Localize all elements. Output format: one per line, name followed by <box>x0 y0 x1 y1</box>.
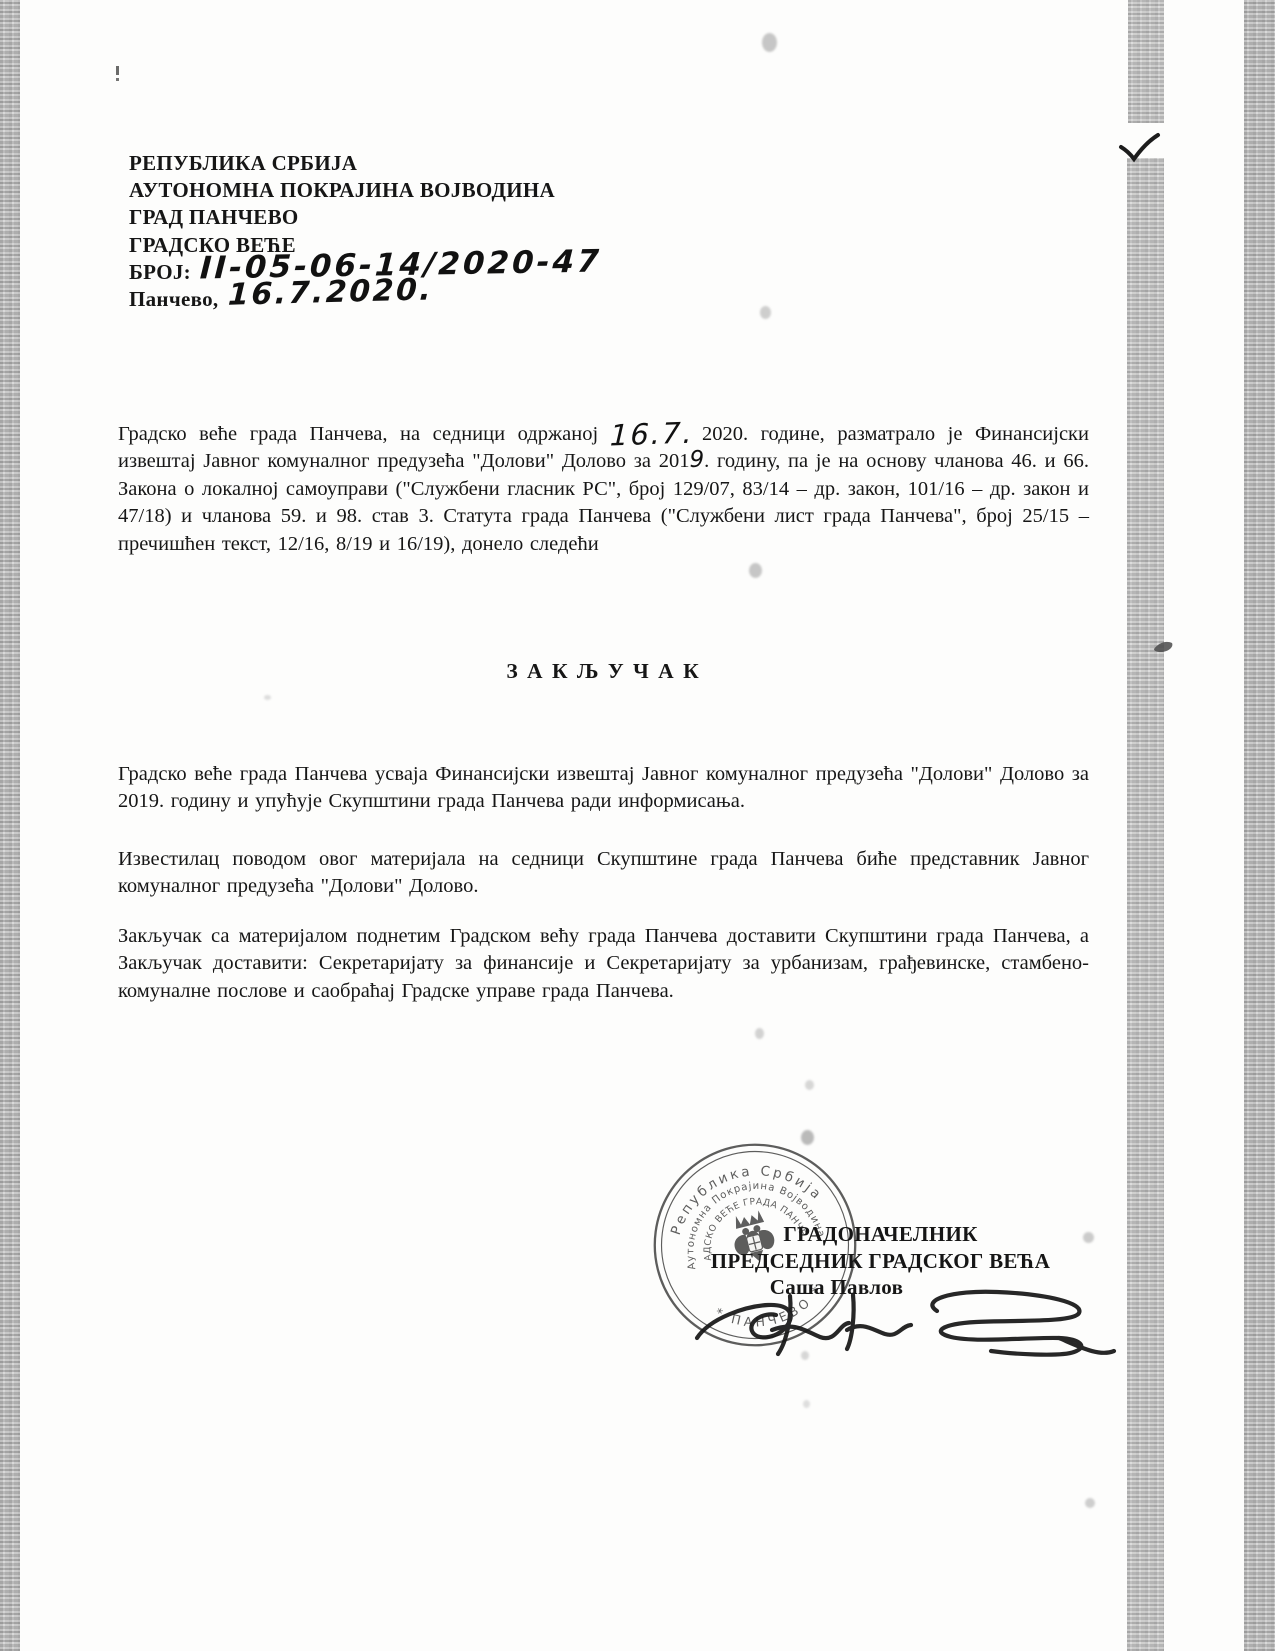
checkmark-stroke <box>1121 135 1158 159</box>
header-place-date-line: Панчево,16.7.2020. <box>129 286 602 313</box>
scan-speckle <box>749 563 762 578</box>
scan-ink-mark <box>116 66 119 75</box>
scan-speckle <box>805 1080 814 1090</box>
body-paragraph-4: Закључак са материјалом поднетим Градско… <box>118 923 1089 1005</box>
signature-strokes <box>697 1292 1114 1355</box>
corrected-digit-handwritten: 9 <box>689 447 704 473</box>
scan-artifact-middle-band-top <box>1128 0 1164 123</box>
blob-shape <box>1154 642 1172 652</box>
scan-speckle <box>803 1400 810 1408</box>
mayor-title: ГРАДОНАЧЕЛНИК <box>658 1221 1103 1248</box>
number-label: БРОЈ: <box>129 260 191 284</box>
scanned-document-page: РЕПУБЛИКА СРБИЈА АУТОНОМНА ПОКРАЈИНА ВОЈ… <box>0 0 1275 1651</box>
conclusion-heading: З А К Љ У Ч А К <box>118 659 1089 684</box>
body-paragraph-1: Градско веће града Панчева, на седници о… <box>118 421 1089 558</box>
header-line-republic: РЕПУБЛИКА СРБИЈА <box>129 150 602 177</box>
checkmark-icon <box>1113 126 1165 164</box>
scan-artifact-right-band <box>1244 0 1275 1651</box>
scan-speckle <box>760 306 771 319</box>
scan-speckle <box>1085 1498 1095 1508</box>
scan-artifact-middle-band-bottom <box>1127 158 1164 1651</box>
scan-speckle <box>755 1028 764 1039</box>
session-date-handwritten: 16.7. <box>610 421 695 448</box>
header-line-city: ГРАД ПАНЧЕВО <box>129 204 602 231</box>
handwritten-signature <box>680 1278 1130 1378</box>
header-line-province: АУТОНОМНА ПОКРАЈИНА ВОЈВОДИНА <box>129 177 602 204</box>
scan-speckle <box>762 33 777 52</box>
scan-dark-blob <box>1150 635 1176 657</box>
scan-artifact-left-band <box>0 0 20 1651</box>
signature-stroke-7 <box>1059 1338 1114 1353</box>
p1-text-before-date: Градско веће града Панчева, на седници о… <box>118 423 598 445</box>
signature-stroke-5 <box>847 1325 911 1335</box>
place-label: Панчево, <box>129 287 218 311</box>
date-handwritten: 16.7.2020. <box>228 280 434 305</box>
body-paragraph-3: Известилац поводом овог материјала на се… <box>118 846 1089 901</box>
body-paragraph-2: Градско веће града Панчева усваја Финанс… <box>118 761 1089 816</box>
signature-stroke-1 <box>697 1305 791 1338</box>
council-president-title: ПРЕДСЕДНИК ГРАДСКОГ ВЕЋА <box>658 1248 1103 1275</box>
scan-ink-mark <box>116 78 119 81</box>
signature-stroke-6 <box>932 1292 1081 1355</box>
scan-speckle <box>264 695 271 700</box>
document-header: РЕПУБЛИКА СРБИЈА АУТОНОМНА ПОКРАЈИНА ВОЈ… <box>129 150 602 313</box>
